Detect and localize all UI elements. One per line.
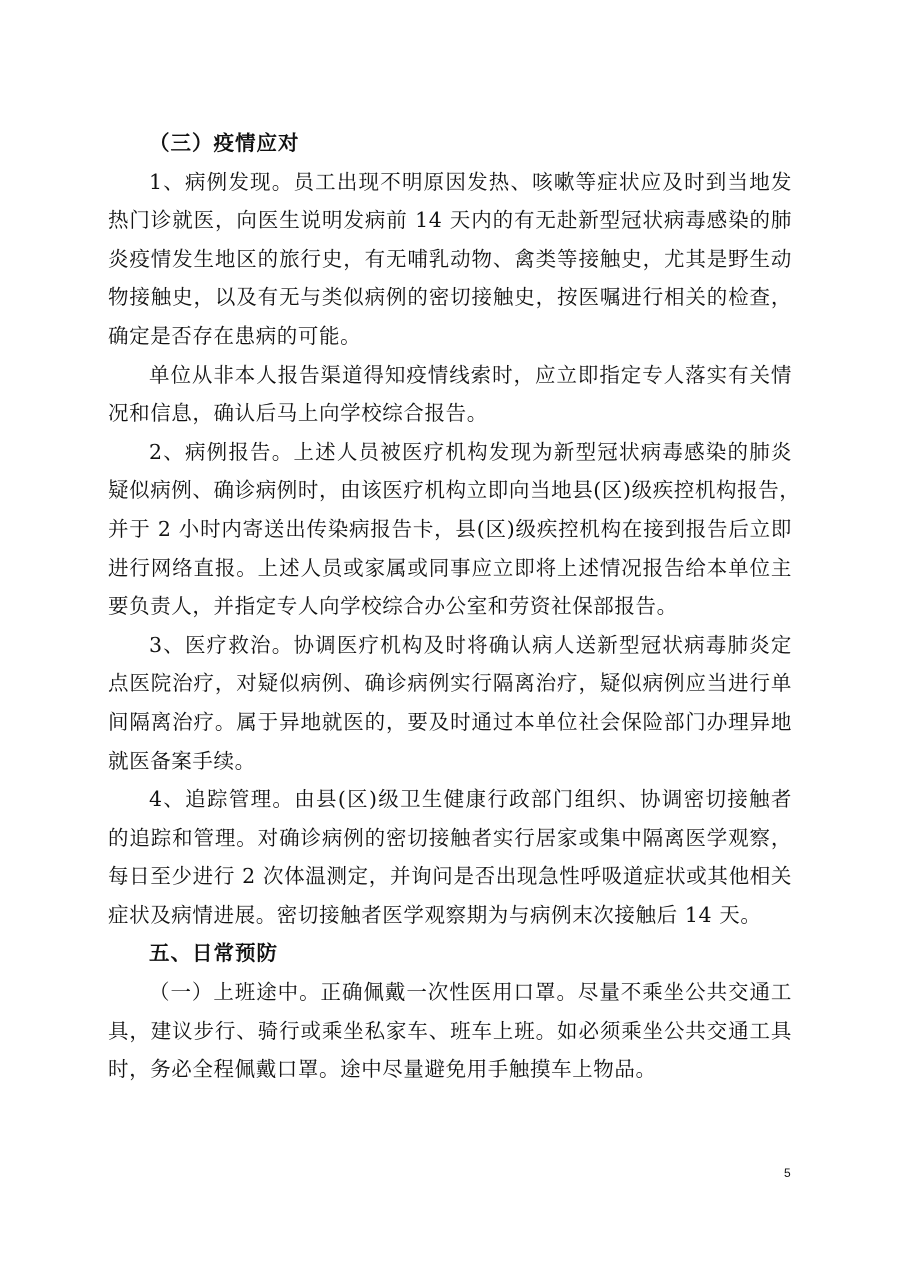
paragraph-line: 进行网络直报。上述人员或家属或同事应立即将上述情况报告给本单位主 bbox=[108, 549, 792, 588]
paragraph-line: 4、追踪管理。由县(区)级卫生健康行政部门组织、协调密切接触者 bbox=[108, 780, 792, 819]
paragraph-line: 每日至少进行 2 次体温测定，并询问是否出现急性呼吸道症状或其他相关 bbox=[108, 857, 792, 896]
section-heading-daily-prevention: 五、日常预防 bbox=[108, 934, 792, 973]
paragraph-line: 热门诊就医，向医生说明发病前 14 天内的有无赴新型冠状病毒感染的肺 bbox=[108, 201, 792, 240]
document-page: （三）疫情应对 1、病例发现。员工出现不明原因发热、咳嗽等症状应及时到当地发 热… bbox=[0, 0, 900, 1273]
paragraph-line: 疑似病例、确诊病例时，由该医疗机构立即向当地县(区)级疾控机构报告， bbox=[108, 471, 792, 510]
paragraph-line: 就医备案手续。 bbox=[108, 742, 792, 781]
paragraph-line: 确定是否存在患病的可能。 bbox=[108, 317, 792, 356]
paragraph-line: 间隔离治疗。属于异地就医的，要及时通过本单位社会保险部门办理异地 bbox=[108, 703, 792, 742]
paragraph-line: 1、病例发现。员工出现不明原因发热、咳嗽等症状应及时到当地发 bbox=[108, 163, 792, 202]
paragraph-line: 时，务必全程佩戴口罩。途中尽量避免用手触摸车上物品。 bbox=[108, 1050, 792, 1089]
paragraph-line: 炎疫情发生地区的旅行史，有无哺乳动物、禽类等接触史，尤其是野生动 bbox=[108, 240, 792, 279]
paragraph-line: 况和信息，确认后马上向学校综合报告。 bbox=[108, 394, 792, 433]
paragraph-line: 2、病例报告。上述人员被医疗机构发现为新型冠状病毒感染的肺炎 bbox=[108, 433, 792, 472]
page-number: 5 bbox=[784, 1166, 791, 1180]
paragraph-line: 3、医疗救治。协调医疗机构及时将确认病人送新型冠状病毒肺炎定 bbox=[108, 626, 792, 665]
paragraph-line: 要负责人，并指定专人向学校综合办公室和劳资社保部报告。 bbox=[108, 587, 792, 626]
page-body: （三）疫情应对 1、病例发现。员工出现不明原因发热、咳嗽等症状应及时到当地发 热… bbox=[108, 124, 792, 1089]
paragraph-line: 单位从非本人报告渠道得知疫情线索时，应立即指定专人落实有关情 bbox=[108, 356, 792, 395]
paragraph-line: 物接触史，以及有无与类似病例的密切接触史，按医嘱进行相关的检查， bbox=[108, 278, 792, 317]
section-heading-epidemic-response: （三）疫情应对 bbox=[108, 124, 792, 163]
paragraph-line: 的追踪和管理。对确诊病例的密切接触者实行居家或集中隔离医学观察， bbox=[108, 819, 792, 858]
paragraph-line: （一）上班途中。正确佩戴一次性医用口罩。尽量不乘坐公共交通工 bbox=[108, 973, 792, 1012]
paragraph-line: 症状及病情进展。密切接触者医学观察期为与病例末次接触后 14 天。 bbox=[108, 896, 792, 935]
paragraph-line: 点医院治疗，对疑似病例、确诊病例实行隔离治疗，疑似病例应当进行单 bbox=[108, 664, 792, 703]
paragraph-line: 并于 2 小时内寄送出传染病报告卡，县(区)级疾控机构在接到报告后立即 bbox=[108, 510, 792, 549]
paragraph-line: 具，建议步行、骑行或乘坐私家车、班车上班。如必须乘坐公共交通工具 bbox=[108, 1012, 792, 1051]
